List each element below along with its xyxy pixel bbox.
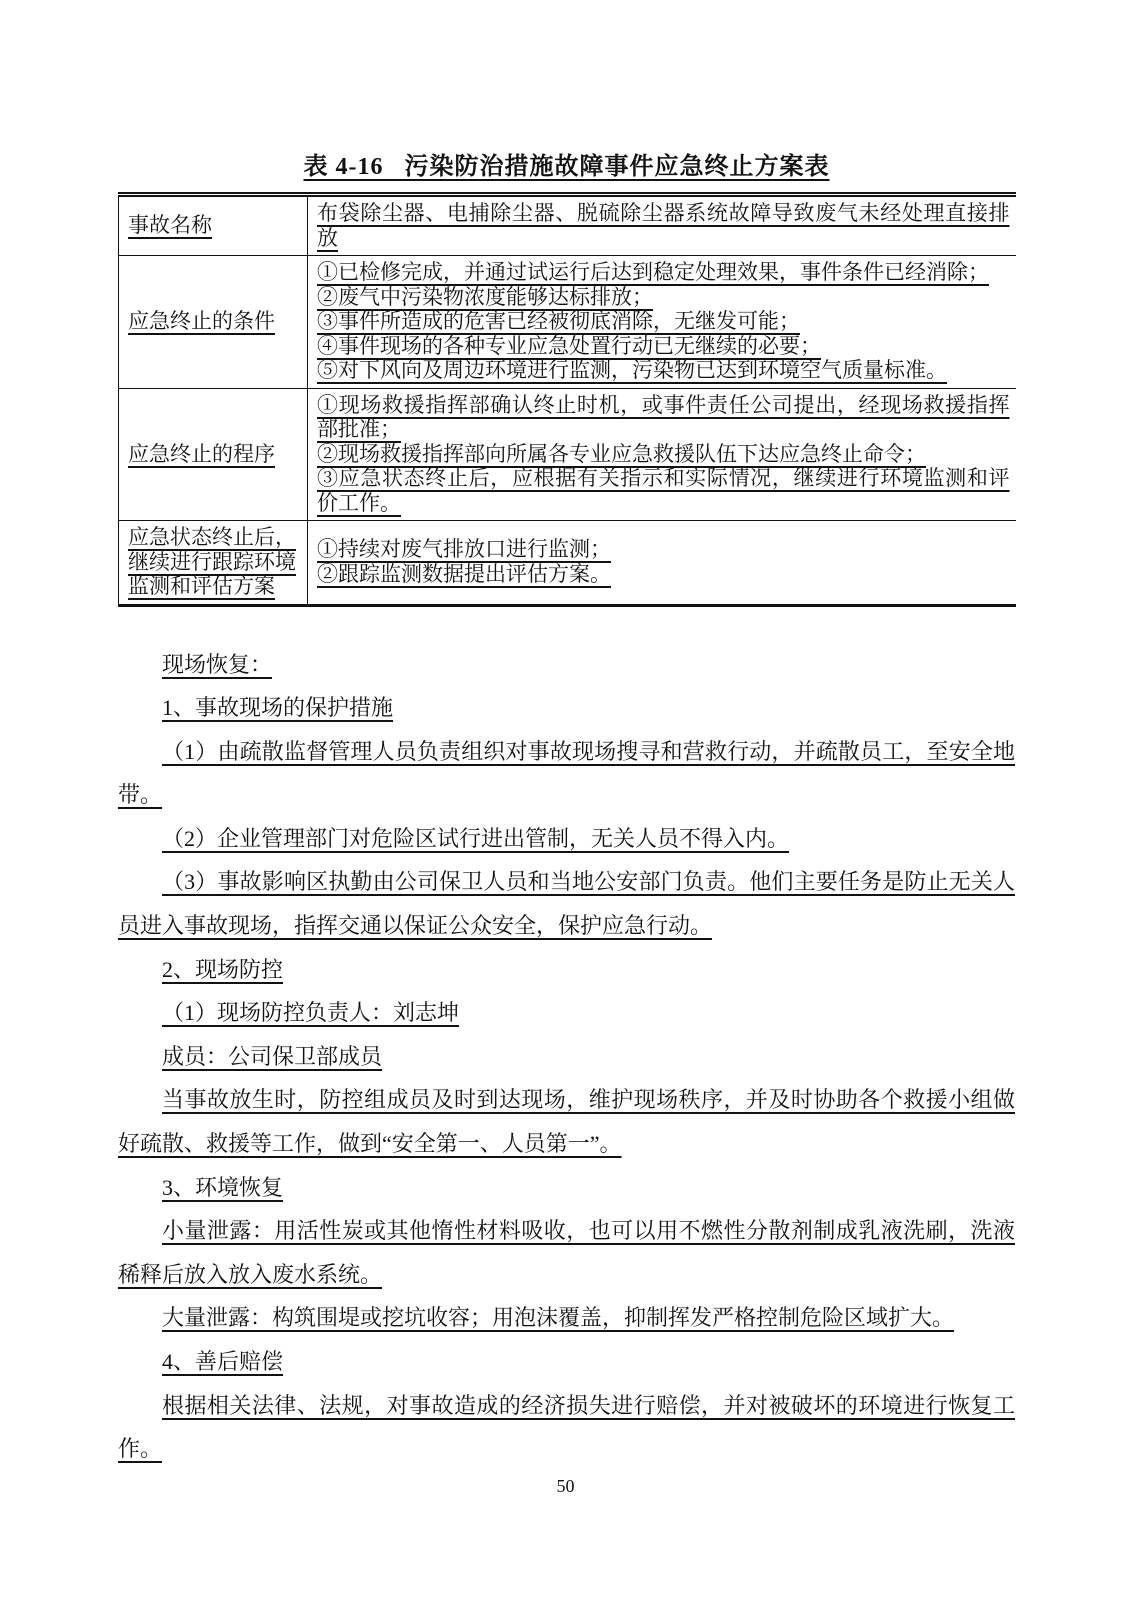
- row-label: 应急终止的程序: [128, 442, 275, 466]
- table-row-followup-monitoring: 应急状态终止后，继续进行跟踪环境监测和评估方案 ①持续对废气排放口进行监测；②跟…: [119, 521, 1016, 606]
- row-content-cell: ①已检修完成，并通过试运行后达到稳定处理效果，事件条件已经消除；②废气中污染物浓…: [308, 256, 1016, 389]
- row-content-cell: ①现场救援指挥部确认终止时机，或事件责任公司提出，经现场救援指挥部批准；②现场救…: [308, 388, 1016, 521]
- table-content-line: ①已检修完成，并通过试运行后达到稳定处理效果，事件条件已经消除；: [317, 260, 1010, 285]
- body-paragraph: 成员：公司保卫部成员: [118, 1035, 1015, 1079]
- row-label: 应急状态终止后，继续进行跟踪环境监测和评估方案: [128, 525, 296, 598]
- row-content-cell: 布袋除尘器、电捕除尘器、脱硫除尘器系统故障导致废气未经处理直接排放: [308, 195, 1016, 256]
- table-row-termination-procedure: 应急终止的程序 ①现场救援指挥部确认终止时机，或事件责任公司提出，经现场救援指挥…: [119, 388, 1016, 521]
- body-paragraph: （1）现场防控负责人：刘志坤: [118, 991, 1015, 1035]
- row-label: 应急终止的条件: [128, 309, 275, 333]
- row-label-cell: 应急终止的程序: [119, 388, 308, 521]
- table-content-line: ④事件现场的各种专业应急处置行动已无继续的必要；: [317, 334, 1010, 359]
- row-label-cell: 应急状态终止后，继续进行跟踪环境监测和评估方案: [119, 521, 308, 606]
- body-paragraph: 当事故放生时，防控组成员及时到达现场，维护现场秩序，并及时协助各个救援小组做好疏…: [118, 1078, 1015, 1165]
- body-paragraph: （3）事故影响区执勤由公司保卫人员和当地公安部门负责。他们主要任务是防止无关人员…: [118, 860, 1015, 947]
- body-paragraph: 2、现场防控: [118, 948, 1015, 992]
- table-row-termination-conditions: 应急终止的条件 ①已检修完成，并通过试运行后达到稳定处理效果，事件条件已经消除；…: [119, 256, 1016, 389]
- body-paragraph: 现场恢复：: [118, 643, 1015, 687]
- row-label-cell: 事故名称: [119, 195, 308, 256]
- row-content-cell: ①持续对废气排放口进行监测；②跟踪监测数据提出评估方案。: [308, 521, 1016, 606]
- body-paragraph: 小量泄露：用活性炭或其他惰性材料吸收，也可以用不燃性分散剂制成乳液洗刷，洗液稀释…: [118, 1209, 1015, 1296]
- table-title: 表 4-16 污染防治措施故障事件应急终止方案表: [118, 146, 1015, 181]
- table-row-accident-name: 事故名称 布袋除尘器、电捕除尘器、脱硫除尘器系统故障导致废气未经处理直接排放: [119, 195, 1016, 256]
- page-number: 50: [0, 1476, 1131, 1497]
- table-content-line: ③事件所造成的危害已经被彻底消除，无继发可能；: [317, 309, 1010, 334]
- body-paragraph: （2）企业管理部门对危险区试行进出管制，无关人员不得入内。: [118, 817, 1015, 861]
- row-label: 事故名称: [128, 213, 212, 237]
- table-content-line: ②现场救援指挥部向所属各专业应急救援队伍下达应急终止命令；: [317, 442, 1010, 467]
- table-content-line: ①现场救援指挥部确认终止时机，或事件责任公司提出，经现场救援指挥部批准；: [317, 393, 1010, 442]
- table-content-line: ③应急状态终止后，应根据有关指示和实际情况，继续进行环境监测和评价工作。: [317, 466, 1010, 515]
- table-content-line: ①持续对废气排放口进行监测；: [317, 537, 1010, 562]
- document-page: 表 4-16 污染防治措施故障事件应急终止方案表 事故名称 布袋除尘器、电捕除尘…: [0, 0, 1131, 1600]
- body-paragraph: 4、善后赔偿: [118, 1340, 1015, 1384]
- body-paragraph: （1）由疏散监督管理人员负责组织对事故现场搜寻和营救行动，并疏散员工，至安全地带…: [118, 730, 1015, 817]
- emergency-termination-table: 事故名称 布袋除尘器、电捕除尘器、脱硫除尘器系统故障导致废气未经处理直接排放 应…: [118, 192, 1016, 607]
- body-text: 现场恢复：1、事故现场的保护措施（1）由疏散监督管理人员负责组织对事故现场搜寻和…: [118, 643, 1015, 1471]
- table-content-line: ⑤对下风向及周边环境进行监测，污染物已达到环境空气质量标准。: [317, 358, 1010, 383]
- table-content-line: ②废气中污染物浓度能够达标排放；: [317, 285, 1010, 310]
- body-paragraph: 根据相关法律、法规，对事故造成的经济损失进行赔偿，并对被破坏的环境进行恢复工作。: [118, 1384, 1015, 1471]
- body-paragraph: 大量泄露：构筑围堤或挖坑收容；用泡沫覆盖，抑制挥发严格控制危险区域扩大。: [118, 1296, 1015, 1340]
- body-paragraph: 1、事故现场的保护措施: [118, 686, 1015, 730]
- page-content: 表 4-16 污染防治措施故障事件应急终止方案表 事故名称 布袋除尘器、电捕除尘…: [118, 0, 1015, 1471]
- body-paragraph: 3、环境恢复: [118, 1166, 1015, 1210]
- table-content-line: ②跟踪监测数据提出评估方案。: [317, 562, 1010, 587]
- table-content-line: 布袋除尘器、电捕除尘器、脱硫除尘器系统故障导致废气未经处理直接排放: [317, 201, 1010, 250]
- row-label-cell: 应急终止的条件: [119, 256, 308, 389]
